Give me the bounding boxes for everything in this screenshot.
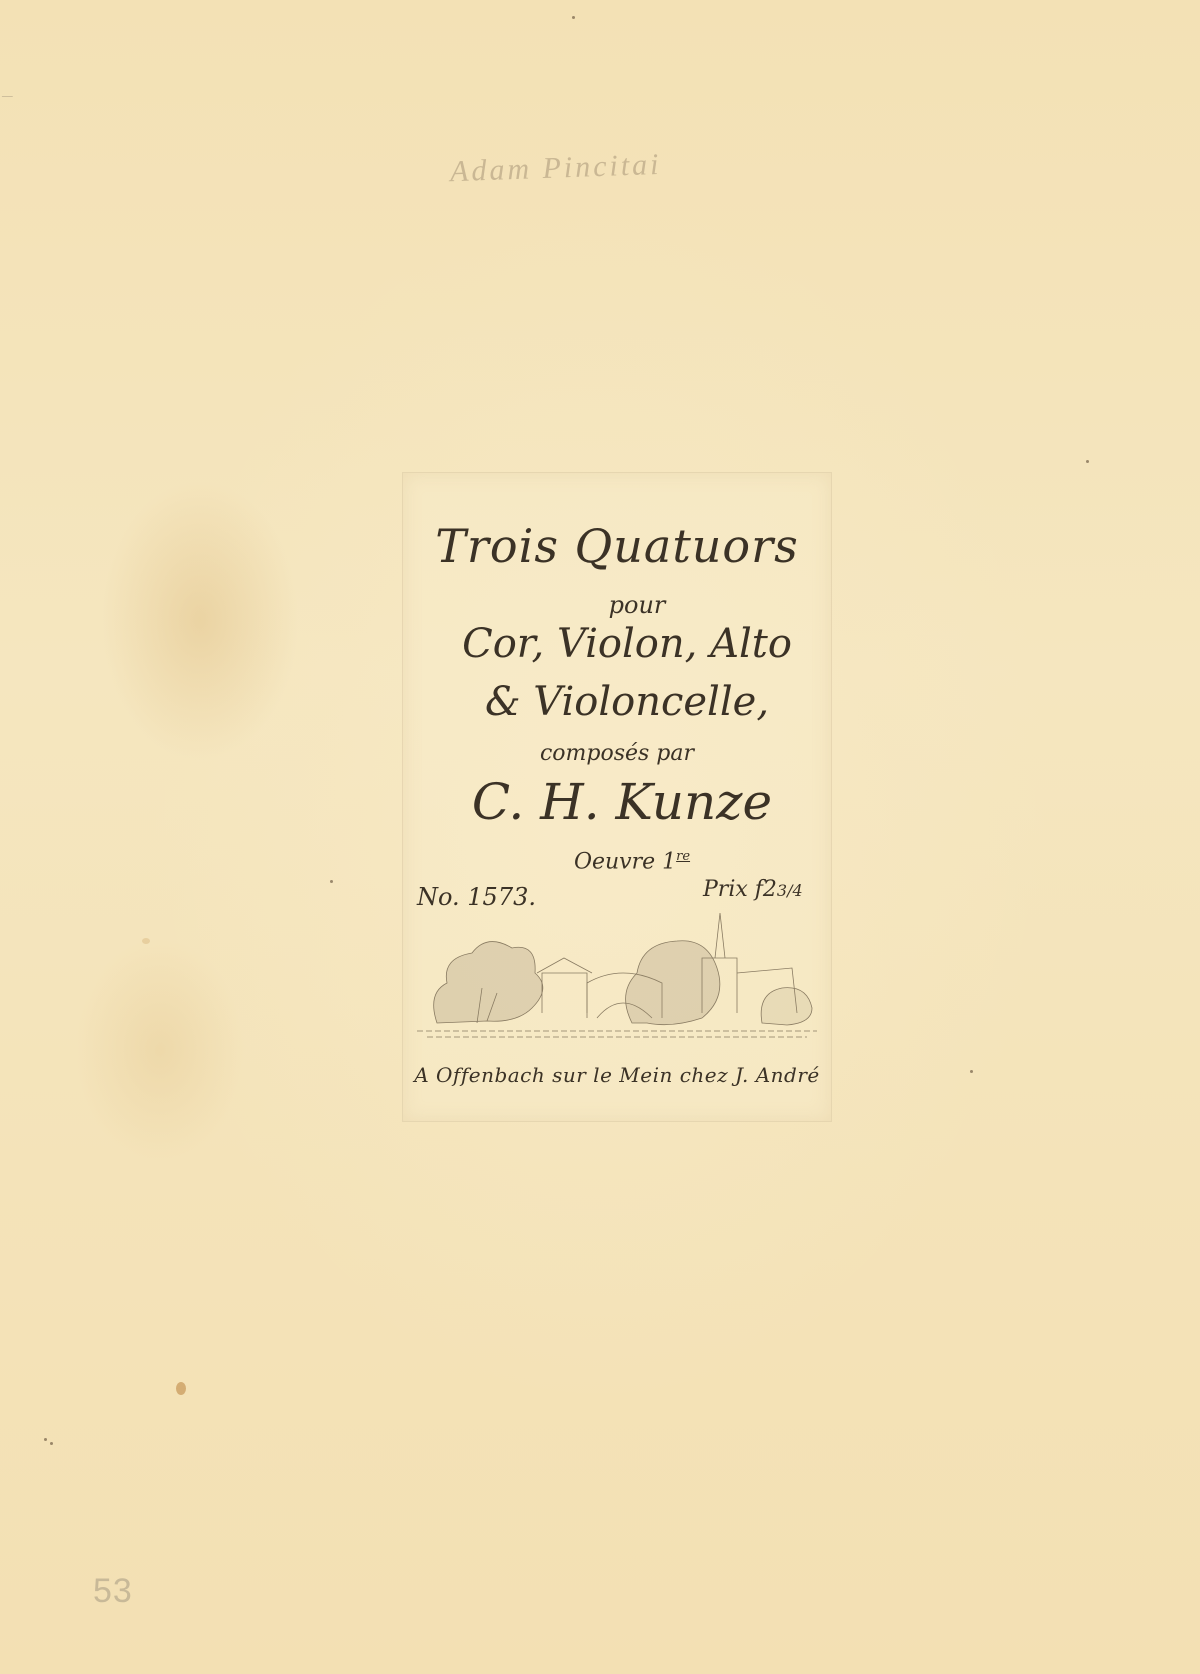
price-currency: f [755,877,763,902]
pencil-annotation: Adam Pincitai [449,145,750,189]
scanned-page: — Adam Pincitai Trois Quatuors pour Cor,… [0,0,1200,1674]
work-title: Trois Quatuors [403,519,831,573]
plate-number: No. 1573. [417,883,536,911]
ink-speck [50,1442,53,1445]
ink-speck [970,1070,973,1073]
ink-speck [44,1438,47,1441]
page-number: 53 [93,1572,133,1611]
foxing-stain [176,1382,186,1395]
ink-speck [572,16,575,19]
price-fraction: 3/4 [777,881,803,900]
opus-label: Oeuvre 1 [574,849,676,874]
publisher-imprint: A Offenbach sur le Mein chez J. André [403,1063,831,1087]
instruments-line-2: & Violoncelle, [423,679,831,725]
price-label: Prix [703,877,748,902]
ink-speck [1086,460,1089,463]
composer-name: C. H. Kunze [413,773,831,831]
ink-speck [330,880,333,883]
pour-label: pour [443,591,831,619]
engraved-title-plate: Trois Quatuors pour Cor, Violon, Alto & … [402,472,832,1122]
foxing-stain [142,938,150,944]
composed-by-label: composés par [403,741,831,766]
opus-suffix: re [676,849,690,864]
price: Prix f23/4 [703,877,803,902]
price-value: 2 [763,877,777,902]
opus-number: Oeuvre 1re [433,849,831,874]
landscape-vignette-icon [417,913,817,1043]
instruments-line-1: Cor, Violon, Alto [423,621,831,667]
corner-mark: — [2,88,13,103]
